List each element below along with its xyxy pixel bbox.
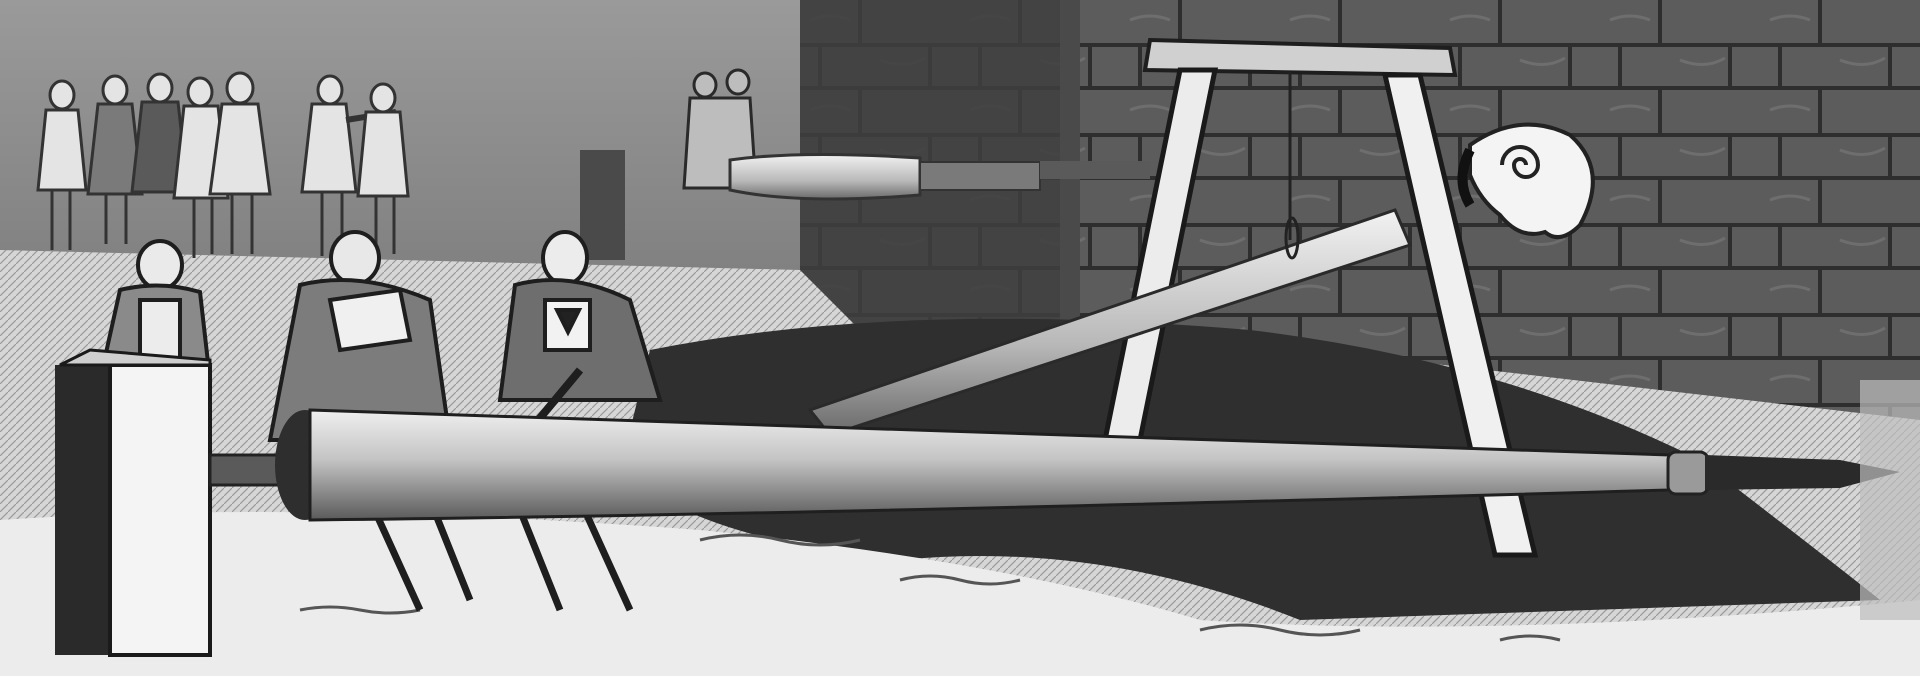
wooden-post [55,350,210,655]
right-edge-light [1860,380,1920,620]
tall-hat-figure [580,150,625,260]
engraving-scene [0,0,1920,676]
